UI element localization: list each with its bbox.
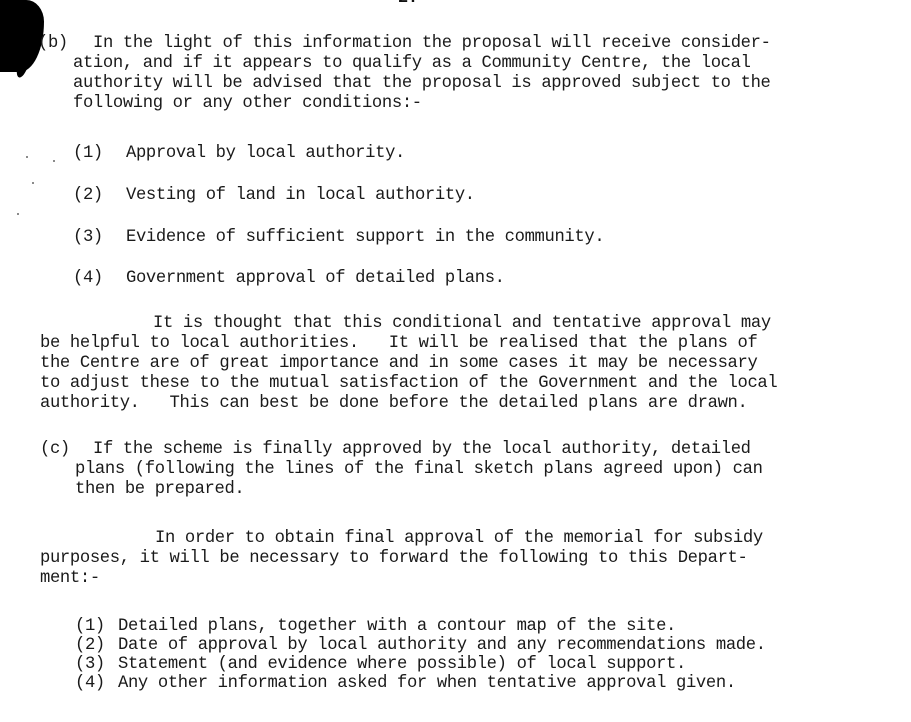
scan-speck: [26, 156, 28, 158]
section-b-line-4: following or any other conditions:-: [73, 94, 422, 114]
section-b-line-2: ation, and if it appears to qualify as a…: [73, 54, 751, 74]
scan-speck: [53, 160, 55, 162]
paragraph-line-5: authority. This can best be done before …: [40, 394, 747, 414]
section-c-line-2: plans (following the lines of the final …: [75, 460, 763, 480]
condition-text: Approval by local authority.: [126, 144, 405, 164]
section-b-marker: (b): [38, 34, 68, 54]
paragraph-line-2: be helpful to local authorities. It will…: [40, 334, 757, 354]
section-c-line-1: If the scheme is finally approved by the…: [93, 440, 751, 460]
paragraph-line-2: purposes, it will be necessary to forwar…: [40, 549, 747, 569]
section-c-line-3: then be prepared.: [75, 480, 244, 500]
requirement-text: Statement (and evidence where possible) …: [118, 655, 686, 675]
paragraph-line-1: In order to obtain final approval of the…: [155, 529, 763, 549]
condition-number: (2): [73, 186, 103, 206]
requirement-text: Date of approval by local authority and …: [118, 636, 766, 656]
condition-number: (1): [73, 144, 103, 164]
section-c-marker: (c): [40, 440, 70, 460]
requirement-text: Any other information asked for when ten…: [118, 674, 736, 694]
page-number: 2.: [398, 0, 418, 8]
section-b-line-1: In the light of this information the pro…: [93, 34, 771, 54]
condition-text: Evidence of sufficient support in the co…: [126, 228, 604, 248]
requirement-text: Detailed plans, together with a contour …: [118, 617, 676, 637]
scan-speck: [17, 213, 19, 215]
section-b-line-3: authority will be advised that the propo…: [73, 74, 771, 94]
requirement-number: (4): [75, 674, 105, 694]
requirement-number: (3): [75, 655, 105, 675]
condition-number: (3): [73, 228, 103, 248]
paragraph-line-3: ment:-: [40, 569, 100, 589]
paragraph-line-4: to adjust these to the mutual satisfacti…: [40, 374, 777, 394]
condition-number: (4): [73, 269, 103, 289]
paragraph-line-1: It is thought that this conditional and …: [153, 314, 771, 334]
scan-speck: [32, 182, 34, 184]
condition-text: Government approval of detailed plans.: [126, 269, 505, 289]
requirement-number: (1): [75, 617, 105, 637]
paragraph-line-3: the Centre are of great importance and i…: [40, 354, 757, 374]
condition-text: Vesting of land in local authority.: [126, 186, 475, 206]
requirement-number: (2): [75, 636, 105, 656]
